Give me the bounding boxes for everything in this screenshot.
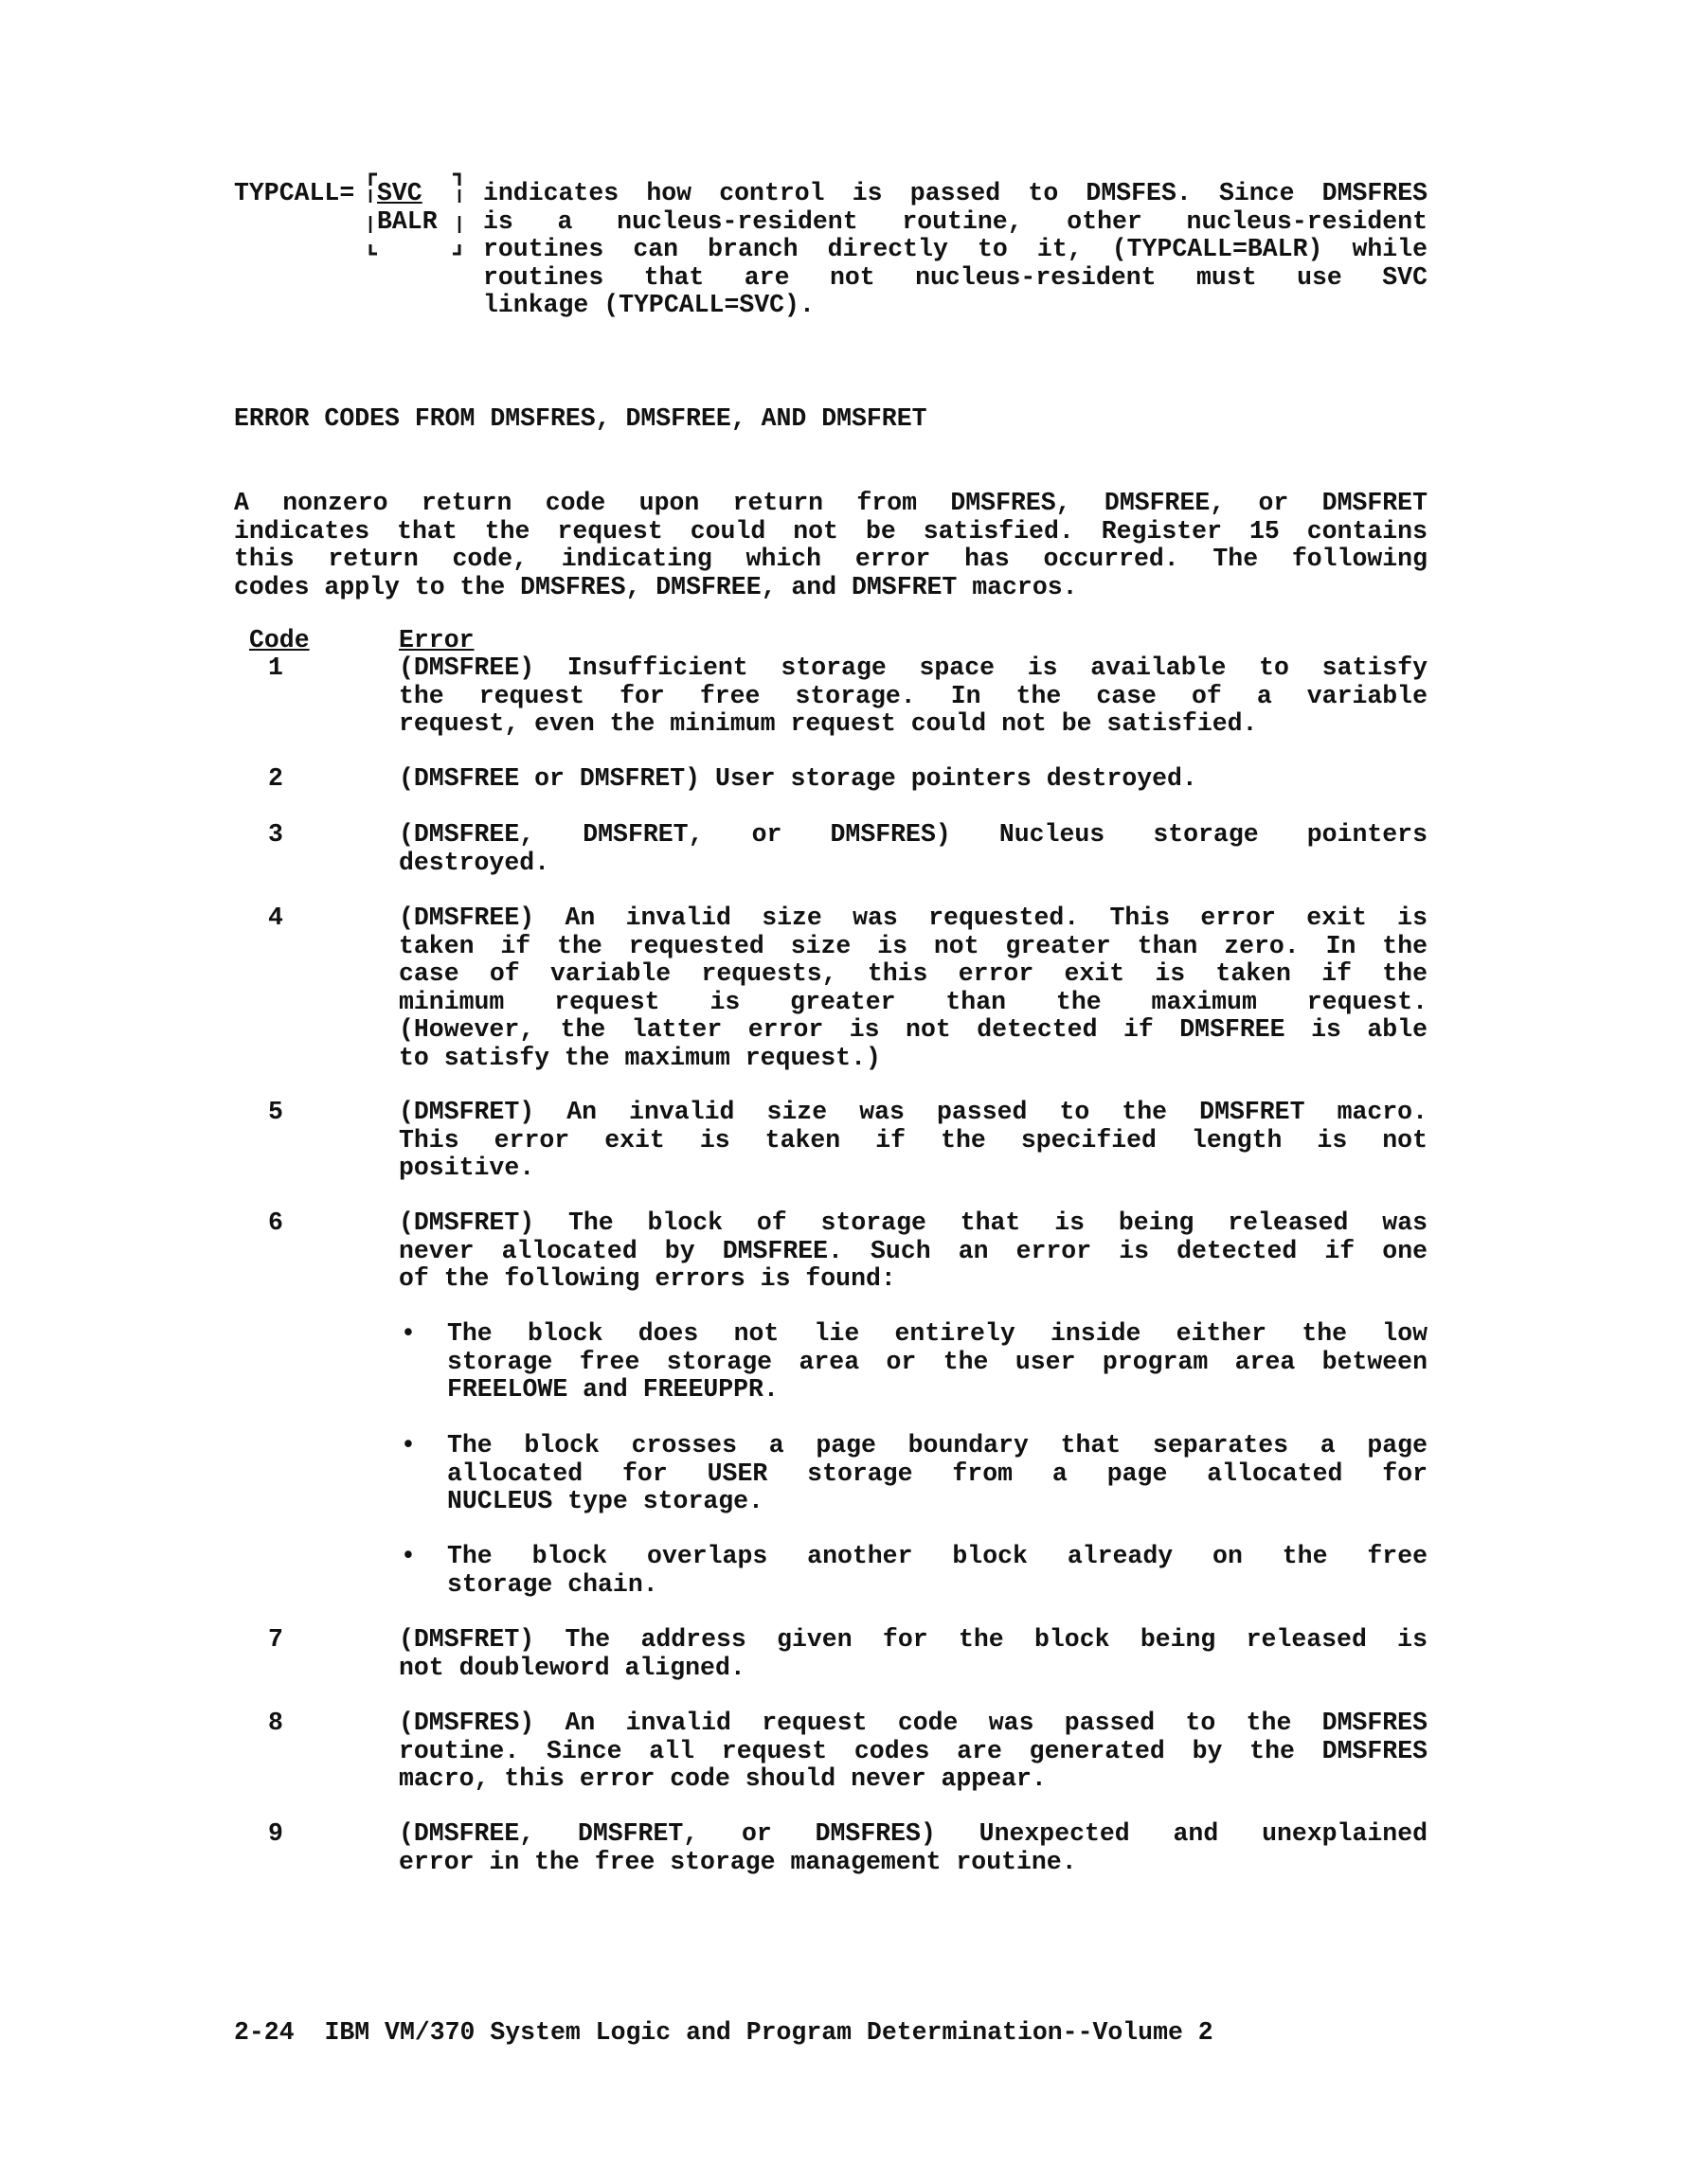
error-code-description: (DMSFRET) An invalid size was passed to … xyxy=(399,1099,1428,1183)
error-code-number: 6 xyxy=(268,1209,283,1238)
text-line: this return code, indicating which error… xyxy=(234,546,1428,574)
error-code-number: 1 xyxy=(268,654,283,683)
text-line: the request for free storage. In the cas… xyxy=(399,683,1428,711)
text-line: (DMSFRET) The block of storage that is b… xyxy=(399,1209,1428,1238)
error-code-description: (DMSFREE, DMSFRET, or DMSFRES) Unexpecte… xyxy=(399,1820,1428,1876)
typcall-option: BALR xyxy=(377,208,438,237)
code-column-header: Code xyxy=(249,627,310,655)
text-line: storage chain. xyxy=(447,1571,1428,1600)
text-line: positive. xyxy=(399,1155,1428,1183)
error-code-description: (DMSFREE) An invalid size was requested.… xyxy=(399,904,1428,1072)
document-title: IBM VM/370 System Logic and Program Dete… xyxy=(324,2018,1212,2047)
error-code-description: (DMSFRET) The address given for the bloc… xyxy=(399,1626,1428,1682)
text-line: to satisfy the maximum request.) xyxy=(399,1045,1428,1073)
error-code-number: 9 xyxy=(268,1820,283,1849)
text-line: (DMSFRET) An invalid size was passed to … xyxy=(399,1099,1428,1127)
text-line: of the following errors is found: xyxy=(399,1265,1428,1294)
text-line: (DMSFREE or DMSFRET) User storage pointe… xyxy=(399,765,1428,794)
page-footer: 2-24 IBM VM/370 System Logic and Program… xyxy=(234,2019,1213,2048)
error-code-number: 3 xyxy=(268,821,283,850)
text-line: minimum request is greater than the maxi… xyxy=(399,989,1428,1017)
text-line: indicates how control is passed to DMSFE… xyxy=(483,180,1428,208)
text-line: (DMSFREE) An invalid size was requested.… xyxy=(399,904,1428,933)
bullet-item: The block overlaps another block already… xyxy=(447,1543,1428,1599)
section-heading: ERROR CODES FROM DMSFRES, DMSFREE, AND D… xyxy=(234,405,927,434)
error-code-number: 5 xyxy=(268,1099,283,1127)
text-line: FREELOWE and FREEUPPR. xyxy=(447,1376,1428,1405)
bullet-item: The block crosses a page boundary that s… xyxy=(447,1432,1428,1516)
text-line: (However, the latter error is not detect… xyxy=(399,1016,1428,1045)
error-code-number: 8 xyxy=(268,1710,283,1738)
text-line: storage free storage area or the user pr… xyxy=(447,1349,1428,1377)
text-line: (DMSFRET) The address given for the bloc… xyxy=(399,1626,1428,1655)
text-line: taken if the requested size is not great… xyxy=(399,933,1428,961)
text-line: destroyed. xyxy=(399,850,1428,878)
text-line: NUCLEUS type storage. xyxy=(447,1488,1428,1516)
error-code-description: (DMSFREE, DMSFRET, or DMSFRES) Nucleus s… xyxy=(399,821,1428,877)
text-line: never allocated by DMSFREE. Such an erro… xyxy=(399,1238,1428,1266)
text-line: (DMSFREE, DMSFRET, or DMSFRES) Nucleus s… xyxy=(399,821,1428,850)
text-line: routines that are not nucleus-resident m… xyxy=(483,264,1428,293)
bullet-item: The block does not lie entirely inside e… xyxy=(447,1320,1428,1405)
text-line: not doubleword aligned. xyxy=(399,1655,1428,1683)
error-code-number: 2 xyxy=(268,765,283,794)
bullet-icon: • xyxy=(401,1320,416,1349)
text-line: request, even the minimum request could … xyxy=(399,710,1428,739)
error-code-number: 7 xyxy=(268,1626,283,1655)
typcall-parameter-name: TYPCALL= xyxy=(234,180,354,208)
page-number: 2-24 xyxy=(234,2018,295,2047)
error-code-description: (DMSFREE) Insufficient storage space is … xyxy=(399,654,1428,739)
typcall-option-default: SVC xyxy=(377,180,438,208)
error-code-description: (DMSFRES) An invalid request code was pa… xyxy=(399,1710,1428,1794)
text-line: A nonzero return code upon return from D… xyxy=(234,490,1428,518)
text-line: allocated for USER storage from a page a… xyxy=(447,1460,1428,1489)
text-line: codes apply to the DMSFRES, DMSFREE, and… xyxy=(234,574,1428,602)
error-code-description: (DMSFRET) The block of storage that is b… xyxy=(399,1209,1428,1294)
text-line: linkage (TYPCALL=SVC). xyxy=(483,292,1428,320)
text-line: (DMSFREE, DMSFRET, or DMSFRES) Unexpecte… xyxy=(399,1820,1428,1849)
text-line: error in the free storage management rou… xyxy=(399,1849,1428,1877)
text-line: The block crosses a page boundary that s… xyxy=(447,1432,1428,1460)
error-code-number: 4 xyxy=(268,904,283,933)
text-line: indicates that the request could not be … xyxy=(234,518,1428,546)
bullet-icon: • xyxy=(401,1432,416,1460)
text-line: The block does not lie entirely inside e… xyxy=(447,1320,1428,1349)
text-line: case of variable requests, this error ex… xyxy=(399,960,1428,989)
text-line: macro, this error code should never appe… xyxy=(399,1765,1428,1794)
typcall-description: indicates how control is passed to DMSFE… xyxy=(483,180,1428,320)
bullet-icon: • xyxy=(401,1543,416,1571)
text-line: This error exit is taken if the specifie… xyxy=(399,1127,1428,1155)
intro-paragraph: A nonzero return code upon return from D… xyxy=(234,490,1428,601)
error-column-header: Error xyxy=(399,627,475,655)
text-line: (DMSFREE) Insufficient storage space is … xyxy=(399,654,1428,683)
text-line: routines can branch directly to it, (TYP… xyxy=(483,236,1428,264)
text-line: routine. Since all request codes are gen… xyxy=(399,1738,1428,1766)
text-line: (DMSFRES) An invalid request code was pa… xyxy=(399,1710,1428,1738)
typcall-options: SVC BALR xyxy=(377,180,438,236)
text-line: The block overlaps another block already… xyxy=(447,1543,1428,1571)
error-code-description: (DMSFREE or DMSFRET) User storage pointe… xyxy=(399,765,1428,794)
text-line: is a nucleus-resident routine, other nuc… xyxy=(483,208,1428,237)
